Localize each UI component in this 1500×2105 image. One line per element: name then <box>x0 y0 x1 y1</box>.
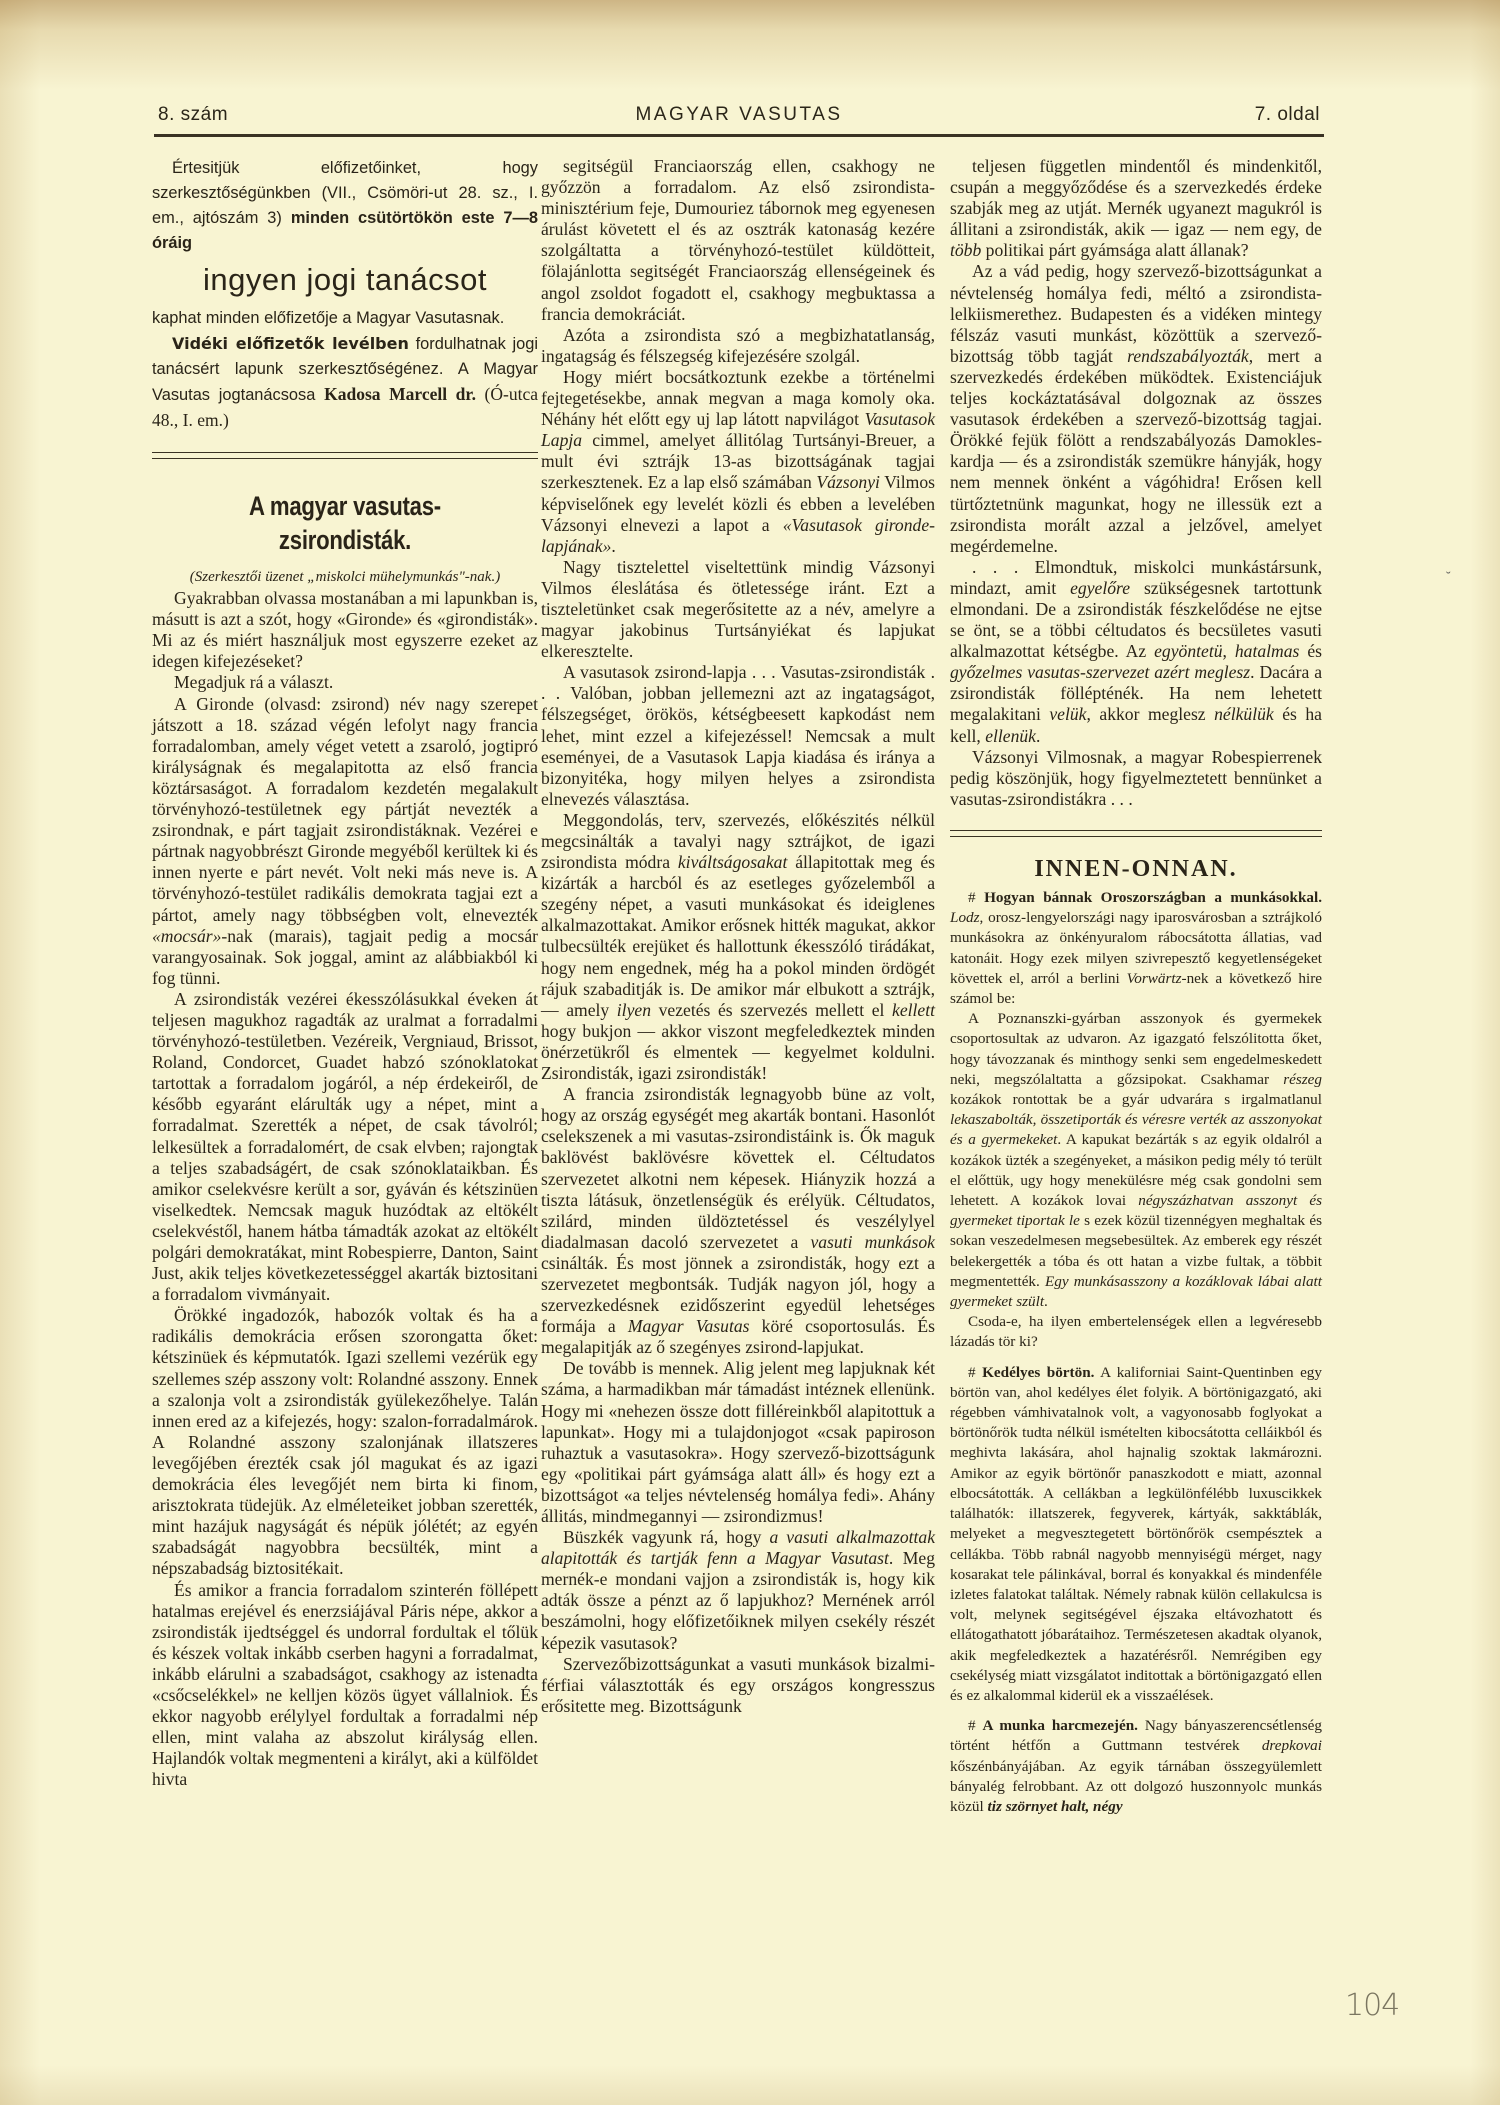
paragraph: Büszkék vagyunk rá, hogy a vasuti alkalm… <box>541 1527 935 1654</box>
masthead-title: MAGYAR VASUTAS <box>158 104 1320 126</box>
paragraph: A francia zsirondisták legnagyobb büne a… <box>541 1084 935 1358</box>
notice-paragraph-1: Értesitjük előfizetőinket, hogy szerkesz… <box>152 156 538 256</box>
paragraph: . . . Elmondtuk, miskolci munkástársunk,… <box>950 557 1322 747</box>
paragraph: És amikor a francia forradalom szinterén… <box>152 1580 538 1791</box>
paragraph: # Kedélyes börtön. A kaliforniai Saint-Q… <box>950 1363 1322 1706</box>
article-body-col1: Gyakrabban olvassa mostanában a mi lapun… <box>152 588 538 1790</box>
paragraph: # Hogyan bánnak Oroszországban a munkáso… <box>950 888 1322 1009</box>
paragraph: Nagy tisztelettel viseltettünk mindig Vá… <box>541 557 935 662</box>
paragraph: A vasutasok zsirond-lapja . . . Vasutas-… <box>541 662 935 810</box>
news-item: # Kedélyes börtön. A kaliforniai Saint-Q… <box>950 1363 1322 1706</box>
paragraph: Örökké ingadozók, habozók voltak és ha a… <box>152 1305 538 1579</box>
paragraph: Meggondolás, terv, szervezés, előkészité… <box>541 810 935 1084</box>
paragraph: De tovább is mennek. Alig jelent meg lap… <box>541 1358 935 1527</box>
notice-bold-lead: Vidéki előfizetők levélben <box>172 334 409 353</box>
paragraph: A Gironde (olvasd: zsirond) név nagy sze… <box>152 694 538 989</box>
header-rule <box>154 134 1324 137</box>
handwritten-archive-number: 104 <box>1345 1988 1399 2023</box>
news-item: # A munka harcmezején. Nagy bányaszerenc… <box>950 1716 1322 1817</box>
column-3: teljesen független mindentől és mindenki… <box>950 156 1322 1827</box>
margin-mark: ˘ <box>1446 570 1451 586</box>
notice-paragraph-2: kaphat minden előfizetője a Magyar Vasut… <box>152 306 538 331</box>
notice-headline: ingyen jogi tanácsot <box>152 258 538 302</box>
paragraph: Gyakrabban olvassa mostanában a mi lapun… <box>152 588 538 672</box>
paragraph: Szervezőbizottságunkat a vasuti munkások… <box>541 1654 935 1717</box>
legal-advice-notice: Értesitjük előfizetőinket, hogy szerkesz… <box>152 156 538 434</box>
paragraph: Vázsonyi Vilmosnak, a magyar Robespierre… <box>950 747 1322 810</box>
section-divider <box>152 452 538 459</box>
article-subtitle: (Szerkesztői üzenet „miskolci mühelymunk… <box>152 567 538 588</box>
innen-onnan-title: INNEN-ONNAN. <box>950 859 1322 880</box>
section-divider <box>950 830 1322 837</box>
news-item: # Hogyan bánnak Oroszországban a munkáso… <box>950 888 1322 1353</box>
paragraph: A Poznanszki-gyárban asszonyok és gyerme… <box>950 1009 1322 1312</box>
paragraph: A zsirondisták vezérei ékesszólásukkal é… <box>152 989 538 1305</box>
column-2: segitségül Franciaország ellen, csakhogy… <box>541 156 935 1717</box>
lawyer-name: Kadosa Marcell dr. <box>324 384 476 404</box>
article-body-col2: segitségül Franciaország ellen, csakhogy… <box>541 156 935 1717</box>
paragraph: segitségül Franciaország ellen, csakhogy… <box>541 156 935 325</box>
article-body-col3: teljesen független mindentől és mindenki… <box>950 156 1322 810</box>
notice-paragraph-3: Vidéki előfizetők levélben fordulhatnak … <box>152 331 538 434</box>
paragraph: Megadjuk rá a választ. <box>152 672 538 693</box>
page-header: 8. szám MAGYAR VASUTAS 7. oldal <box>158 104 1320 130</box>
paragraph: Azóta a zsirondista szó a megbizhatatlan… <box>541 325 935 367</box>
newspaper-page: 8. szám MAGYAR VASUTAS 7. oldal Értesitj… <box>0 0 1500 2105</box>
column-1: Értesitjük előfizetőinket, hogy szerkesz… <box>152 156 538 1790</box>
news-items: # Hogyan bánnak Oroszországban a munkáso… <box>950 888 1322 1827</box>
paragraph: # A munka harcmezején. Nagy bányaszerenc… <box>950 1716 1322 1817</box>
article-title: A magyar vasutas-zsirondisták. <box>187 489 504 557</box>
paragraph: Az a vád pedig, hogy szervező-bizottságu… <box>950 261 1322 556</box>
paragraph: teljesen független mindentől és mindenki… <box>950 156 1322 261</box>
paragraph: Hogy miért bocsátkoztunk ezekbe a történ… <box>541 367 935 557</box>
page-number: 7. oldal <box>1255 104 1320 126</box>
paragraph: Csoda-e, ha ilyen embertelenségek ellen … <box>950 1312 1322 1352</box>
